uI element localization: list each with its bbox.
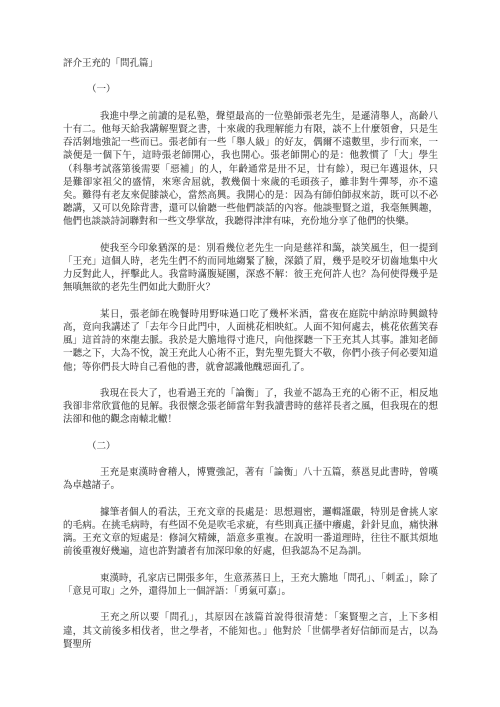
paragraph-8: 王充之所以要「問孔」，其原因在該篇首說得很清楚：「案賢聖之言，上下多相違，其文前… <box>63 612 438 652</box>
paragraph-7: 東漢時，孔家店已開張多年，生意蒸蒸日上，王充大膽地「問孔」、「刺孟」，除了「意見… <box>63 573 438 599</box>
document-page: 評介王充的「問孔篇」 （一） 我進中學之前讀的是私塾，聲望最高的一位塾師張老先生… <box>0 0 500 707</box>
section-marker-two: （二） <box>63 441 438 454</box>
document-body: 評介王充的「問孔篇」 （一） 我進中學之前讀的是私塾，聲望最高的一位塾師張老先生… <box>63 58 438 652</box>
paragraph-5: 王充是東漢時會稽人，博覽強記，著有「論衡」八十五篇，蔡邕見此書時，曾嘆為卓越諸子… <box>63 467 438 493</box>
section-marker-one: （一） <box>63 84 438 97</box>
paragraph-6: 據筆者個人的看法，王充文章的長處是：思想週密，邏輯謹嚴，特別是會挑人家的毛病。在… <box>63 507 438 560</box>
paragraph-4: 我現在長大了，也看過王充的「論衡」了，我並不認為王充的心術不正，相反地我卻非常欣… <box>63 388 438 428</box>
paragraph-1: 我進中學之前讀的是私塾，聲望最高的一位塾師張老先生，是遜清舉人，高齡八十有二。他… <box>63 111 438 230</box>
document-title: 評介王充的「問孔篇」 <box>63 58 438 71</box>
paragraph-3: 某日，張老師在晚餐時用野味過口吃了幾杯米酒，當夜在庭院中納涼時興緻特高，竟向我講… <box>63 309 438 375</box>
paragraph-2: 使我至今印象猶深的是：別看幾位老先生一向是慈祥和藹，談笑風生，但一提到「王充」這… <box>63 243 438 296</box>
